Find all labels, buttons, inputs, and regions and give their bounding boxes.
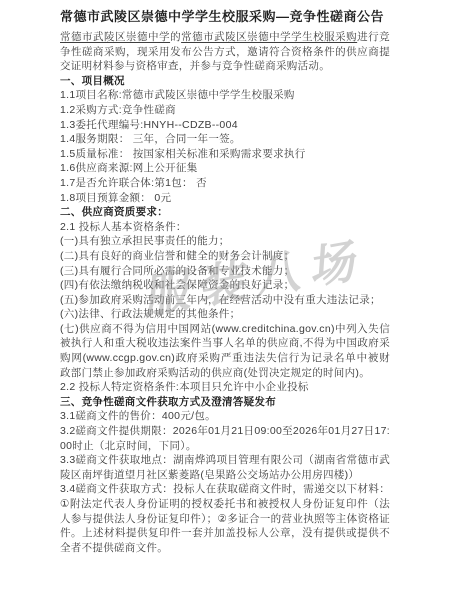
- document-line: (七)供应商不得为信用中国网站(www.creditchina.gov.cn)中…: [60, 322, 390, 380]
- document-line: (四)有依法缴纳税收和社会保障资金的良好记录；: [60, 278, 390, 293]
- document-line: (五)参加政府采购活动前三年内，在经营活动中没有重大违法记录；: [60, 293, 390, 308]
- intro-connector: 的: [170, 31, 181, 43]
- intro-paragraph: 常德市武陵区崇德中学的常德市武陵区崇德中学学生校服采购进行竞争性磋商采购，现采用…: [60, 30, 390, 74]
- document-line: (六)法律、行政法规规定的其他条件；: [60, 307, 390, 322]
- document-line: 1.3委托代理编号:HNYH--CDZB--004: [60, 118, 390, 133]
- document-line: 1.2采购方式:竞争性磋商: [60, 103, 390, 118]
- document-line: 3.4磋商文件获取方式：投标人在获取磋商文件时，需递交以下材料：①附法定代表人身…: [60, 482, 390, 555]
- page-title: 常德市武陵区崇德中学学生校服采购—竞争性磋商公告: [60, 8, 390, 26]
- section-heading: 二、供应商资质要求：: [60, 205, 390, 220]
- document-line: (三)具有履行合同所必需的设备和专业技术能力；: [60, 264, 390, 279]
- document-line: (二)具有良好的商业信誉和健全的财务会计制度；: [60, 249, 390, 264]
- document-line: 1.6供应商来源:网上公开征集: [60, 161, 390, 176]
- document-line: 1.8项目预算金额： 0元: [60, 191, 390, 206]
- document-blocks: 一、项目概况1.1项目名称:常德市武陵区崇德中学学生校服采购1.2采购方式:竞争…: [60, 74, 390, 556]
- document-line: 1.4服务期限： 三年，合同一年一签。: [60, 132, 390, 147]
- document-line: 2.1 投标人基本资格条件：: [60, 220, 390, 235]
- document-line: (一)具有独立承担民事责任的能力；: [60, 234, 390, 249]
- section-heading: 三、竞争性磋商文件获取方式及澄清答疑发布: [60, 395, 390, 410]
- document-line: 3.3磋商文件获取地点：湖南烨鸿项目管理有限公司（湖南省常德市武陵区南坪街道望月…: [60, 453, 390, 482]
- project-name: 常德市武陵区崇德中学学生校服采购: [181, 31, 357, 43]
- section-heading: 一、项目概况: [60, 74, 390, 89]
- announcement-page: 服装八场 常德市武陵区崇德中学学生校服采购—竞争性磋商公告 常德市武陵区崇德中学…: [0, 0, 450, 600]
- document-line: 1.1项目名称:常德市武陵区崇德中学学生校服采购: [60, 88, 390, 103]
- document-line: 1.7是否允许联合体:第1包： 否: [60, 176, 390, 191]
- document-line: 2.2 投标人特定资格条件:本项目只允许中小企业投标: [60, 380, 390, 395]
- document-line: 1.5质量标准： 按国家相关标准和采购需求要求执行: [60, 147, 390, 162]
- buyer-name: 常德市武陵区崇德中学: [60, 31, 170, 43]
- document-line: 3.2磋商文件提供期限：2026年01月21日09:00至2026年01月27日…: [60, 424, 390, 453]
- document-line: 3.1磋商文件的售价：400元/包。: [60, 409, 390, 424]
